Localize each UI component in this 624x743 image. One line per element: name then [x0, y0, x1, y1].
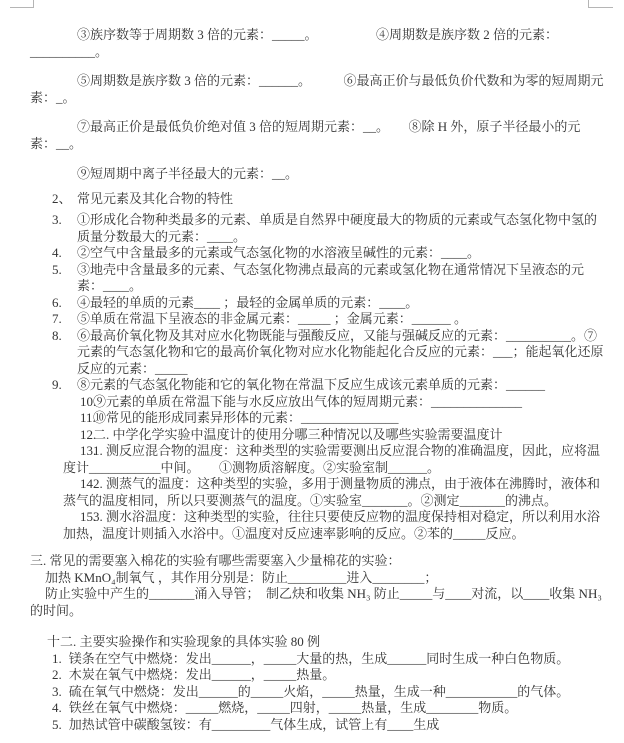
section-three-line-1: 加热 KMnO₄制氧气 ，其作用分别是：防止_________进入_______…: [30, 570, 606, 587]
document-page: ③族序数等于周期数 3 倍的元素：_____。 ④周期数是族序数 2 倍的元素：…: [0, 0, 624, 743]
list-item-text: ④最轻的单质的元素____ ；最轻的金属单质的元素：____。: [77, 295, 418, 310]
experiment-number: 1.: [52, 651, 62, 666]
experiment-item: 3.硫在氧气中燃烧：发出______的_____火焰，_____热量，生成一种_…: [30, 684, 606, 701]
experiment-item: 4.铁丝在氧气中燃烧：_____燃烧，_____四射，_____热量，生成___…: [30, 700, 606, 717]
section-three-line-2: 防止实验中产生的_______涌入导管； 制乙炔和收集 NH₃ 防止_____与…: [30, 586, 606, 619]
experiment-item: 2.木炭在氧气中燃烧：发出______，_____热量。: [30, 667, 606, 684]
experiment-number: 3.: [52, 684, 62, 699]
fill-blank-paragraph-7-8: ⑦最高正价是最低负价绝对值 3 倍的短周期元素：__。 ⑧除 H 外，原子半径最…: [30, 119, 606, 152]
document-content: ③族序数等于周期数 3 倍的元素：_____。 ④周期数是族序数 2 倍的元素：…: [0, 0, 624, 743]
experiment-number: 2.: [52, 667, 62, 682]
section-heading-text: 常见元素及其化合物的特性: [77, 191, 233, 206]
section-three-title: 三. 常见的需要塞入棉花的实验有哪些需要塞入少量棉花的实验：: [30, 553, 606, 570]
experiment-number: 4.: [52, 700, 62, 715]
list-item-number: 13.: [50, 443, 96, 460]
fill-blank-paragraph-3-4: ③族序数等于周期数 3 倍的元素：_____。 ④周期数是族序数 2 倍的元素：…: [30, 27, 606, 60]
list-item-number: 4.: [52, 245, 62, 262]
list-item-text: ①形成化合物种类最多的元素、单质是自然界中硬度最大的物质的元素或气态氢化物中氢的…: [77, 212, 597, 244]
list-item-number: 14.: [50, 476, 96, 493]
section-twelve-title: 十二. 主要实验操作和实验现象的具体实验 80 例: [30, 634, 606, 651]
list-item-number: 9.: [52, 377, 62, 394]
list-item-number: 6.: [52, 295, 62, 312]
list-item-text: ⑤单质在常温下呈液态的非金属元素：_____ ；金属元素：______ 。: [77, 311, 467, 326]
section-heading-2: 2、 常见元素及其化合物的特性: [30, 191, 606, 208]
list-item-text: 二. 中学化学实验中温度计的使用分哪三种情况以及哪些实验需要温度计: [93, 427, 503, 442]
experiment-text: 木炭在氧气中燃烧：发出______，_____热量。: [69, 667, 336, 682]
list-item-text: 1. 测反应混合物的温度：这种类型的实验需要测出反应混合物的准确温度，因此，应将…: [63, 443, 600, 475]
experiment-text: 镁条在空气中燃烧：发出______，_____大量的热，生成______同时生成…: [69, 651, 570, 666]
list-item: 13. 1. 测反应混合物的温度：这种类型的实验需要测出反应混合物的准确温度，因…: [30, 443, 606, 476]
list-item: 10. ⑨元素的单质在常温下能与水反应放出气体的短周期元素：__________…: [30, 394, 606, 411]
list-item-number: 5.: [52, 262, 62, 279]
list-item-number: 12.: [50, 427, 96, 444]
list-item: 11. ⑩常见的能形成同素异形体的元素：_______________: [30, 410, 606, 427]
list-item: 6. ④最轻的单质的元素____ ；最轻的金属单质的元素：____。: [30, 295, 606, 312]
fill-blank-paragraph-9: ⑨短周期中离子半径最大的元素：__。: [30, 166, 606, 183]
experiment-text: 硫在氧气中燃烧：发出______的_____火焰，_____热量，生成一种___…: [69, 684, 570, 699]
experiment-number: 5.: [52, 717, 62, 732]
experiment-item: 1.镁条在空气中燃烧：发出______，_____大量的热，生成______同时…: [30, 651, 606, 668]
list-item-number: 10.: [50, 394, 96, 411]
list-item-number: 2、: [52, 191, 72, 208]
list-item: 5. ③地壳中含量最多的元素、气态氢化物沸点最高的元素或氢化物在通常情况下呈液态…: [30, 262, 606, 295]
list-item-number: 11.: [50, 410, 96, 427]
list-item-number: 15.: [50, 509, 96, 526]
list-item-text: 2. 测蒸气的温度：这种类型的实验，多用于测量物质的沸点，由于液体在沸腾时，液体…: [63, 476, 600, 508]
list-item-text: ⑩常见的能形成同素异形体的元素：_______________: [93, 410, 399, 425]
list-item: 3. ①形成化合物种类最多的元素、单质是自然界中硬度最大的物质的元素或气态氢化物…: [30, 212, 606, 245]
list-item-number: 7.: [52, 311, 62, 328]
list-item-number: 3.: [52, 212, 62, 229]
experiment-item: 5.加热试管中碳酸氢铵：有_________气体生成，试管上有____生成: [30, 717, 606, 734]
experiment-text: 铁丝在氧气中燃烧：_____燃烧，_____四射，_____热量，生成_____…: [69, 700, 518, 715]
list-item-section-two-heading: 12. 二. 中学化学实验中温度计的使用分哪三种情况以及哪些实验需要温度计: [30, 427, 606, 444]
list-item: 4. ②空气中含量最多的元素或气态氢化物的水溶液呈碱性的元素：____。: [30, 245, 606, 262]
list-item-text: 3. 测水浴温度：这种类型的实验，往往只要使反应物的温度保持相对稳定，所以利用水…: [63, 509, 600, 541]
experiment-text: 加热试管中碳酸氢铵：有_________气体生成，试管上有____生成: [69, 717, 440, 732]
list-item-text: ③地壳中含量最多的元素、气态氢化物沸点最高的元素或氢化物在通常情况下呈液态的元素…: [77, 262, 584, 294]
list-item: 14. 2. 测蒸气的温度：这种类型的实验，多用于测量物质的沸点，由于液体在沸腾…: [30, 476, 606, 509]
list-item: 15. 3. 测水浴温度：这种类型的实验，往往只要使反应物的温度保持相对稳定，所…: [30, 509, 606, 542]
list-item: 7. ⑤单质在常温下呈液态的非金属元素：_____ ；金属元素：______ 。: [30, 311, 606, 328]
list-item-text: ②空气中含量最多的元素或气态氢化物的水溶液呈碱性的元素：____。: [77, 245, 480, 260]
list-item: 9. ⑧元素的气态氢化物能和它的氧化物在常温下反应生成该元素单质的元素：____…: [30, 377, 606, 394]
list-item-text: ⑥最高价氧化物及其对应水化物既能与强酸反应，又能与强碱反应的元素：_______…: [77, 328, 604, 376]
list-item-text: ⑧元素的气态氢化物能和它的氧化物在常温下反应生成该元素单质的元素：______: [77, 377, 545, 392]
list-item: 8. ⑥最高价氧化物及其对应水化物既能与强酸反应，又能与强碱反应的元素：____…: [30, 328, 606, 378]
fill-blank-paragraph-5-6: ⑤周期数是族序数 3 倍的元素：______。 ⑥最高正价与最低负价代数和为零的…: [30, 73, 606, 106]
list-item-text: ⑨元素的单质在常温下能与水反应放出气体的短周期元素：______________: [93, 394, 522, 409]
list-item-number: 8.: [52, 328, 62, 345]
